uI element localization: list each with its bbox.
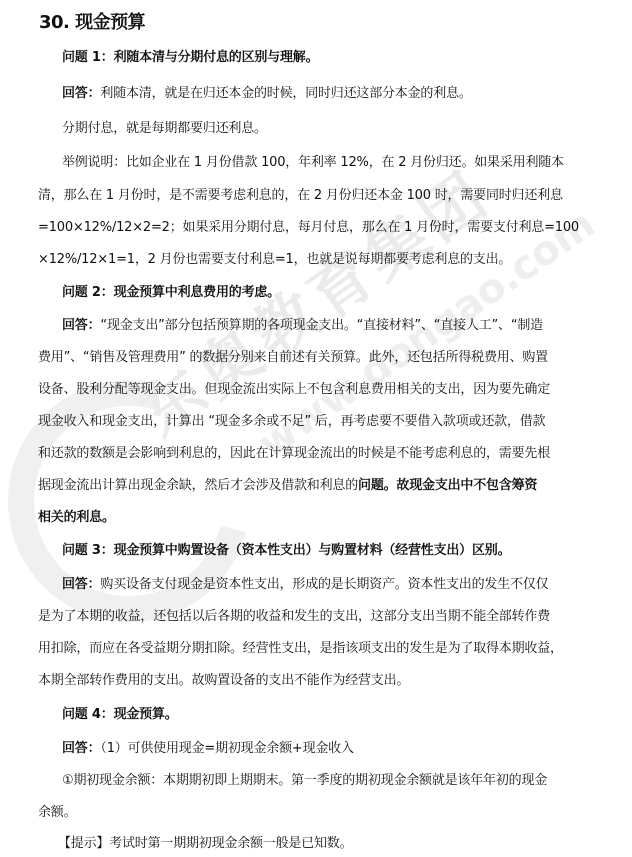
q1-paragraph-2: 分期付息，就是每期都要归还利息。: [62, 119, 622, 139]
question-2-heading: 问题 2：现金预算中利息费用的考虑。: [62, 283, 622, 303]
question-1-answer: 回答：利随本清，就是在归还本金的时候，同时归还这部分本金的利息。: [62, 84, 622, 104]
document-content: 30. 现金预算 问题 1：利随本清与分期付息的区别与理解。 回答：利随本清，就…: [0, 0, 632, 857]
question-1-heading: 问题 1：利随本清与分期付息的区别与理解。: [62, 48, 622, 68]
answer-label: 回答：: [62, 318, 100, 333]
q2-line-5: 和还款的数额是会影响到利息的，因此在计算现金流出的时候是不能考虑利息的，需要先根: [38, 444, 598, 464]
q2-line-2: 费用”、“销售及管理费用” 的数据分别来自前述有关预算。此外，还包括所得税费用、…: [38, 348, 598, 368]
answer-label: 回答：: [62, 577, 100, 592]
q2-line-3: 设备、股利分配等现金支出。但现金流出实际上不包含利息费用相关的支出，因为要先确定: [38, 380, 598, 400]
q2-line-6: 据现金流出计算出现金余缺，然后才会涉及借款和利息的问题。故现金支出中不包含筹资: [38, 476, 598, 496]
q2-line-7: 相关的利息。: [38, 508, 598, 528]
answer-text: （1）可供使用现金=期初现金余额+现金收入: [100, 741, 353, 756]
question-2-answer: 回答：“现金支出”部分包括预算期的各项现金支出。“直接材料”、“直接人工”、“制…: [62, 316, 622, 336]
answer-text: “现金支出”部分包括预算期的各项现金支出。“直接材料”、“直接人工”、“制造: [100, 318, 543, 333]
question-4-heading: 问题 4：现金预算。: [62, 705, 622, 725]
question-4-answer: 回答：（1）可供使用现金=期初现金余额+现金收入: [62, 739, 622, 759]
q3-line-3: 用扣除，而应在各受益期分期扣除。经营性支出，是指该项支出的发生是为了取得本期收益…: [38, 639, 598, 659]
q1-example-line-3: =100×12%/12×2=2；如果采用分期付息，每月付息，那么在 1 月份时，…: [38, 218, 598, 238]
q2-line-6-bold: 问题。故现金支出中不包含筹资: [358, 478, 537, 493]
answer-label: 回答：: [62, 741, 100, 756]
q2-line-4: 现金收入和现金支出，计算出 “现金多余或不足” 后，再考虑要不要借入款项或还款，…: [38, 412, 598, 432]
q2-line-6-normal: 据现金流出计算出现金余缺，然后才会涉及借款和利息的: [38, 478, 358, 493]
answer-text: 利随本清，就是在归还本金的时候，同时归还这部分本金的利息。: [100, 86, 471, 101]
q4-item-1-line-1: ①期初现金余额：本期期初即上期期末。第一季度的期初现金余额就是该年年初的现金: [62, 771, 622, 791]
q4-tip: 【提示】考试时第一期期初现金余额一般是已知数。: [58, 834, 618, 854]
q1-example-line-2: 清，那么在 1 月份时，是不需要考虑利息的，在 2 月份归还本金 100 时，需…: [38, 186, 598, 206]
q1-example-line-4: ×12%/12×1=1，2 月份也需要支付利息=1，也就是说每期都要考虑利息的支…: [38, 250, 598, 270]
document-page: 东奥教育集团 www.dongao.com 30. 现金预算 问题 1：利随本清…: [0, 0, 632, 857]
q4-item-1-line-2: 余额。: [38, 803, 598, 823]
q3-line-2: 是为了本期的收益，还包括以后各期的收益和发生的支出，这部分支出当期不能全部转作费: [38, 607, 598, 627]
q1-example-line-1: 举例说明：比如企业在 1 月份借款 100，年利率 12%，在 2 月份归还。如…: [62, 153, 622, 173]
question-3-heading: 问题 3：现金预算中购置设备（资本性支出）与购置材料（经营性支出）区别。: [62, 541, 622, 561]
q3-line-4: 本期全部转作费用的支出。故购置设备的支出不能作为经营支出。: [38, 671, 598, 691]
question-3-answer: 回答：购买设备支付现金是资本性支出，形成的是长期资产。资本性支出的发生不仅仅: [62, 575, 622, 595]
answer-text: 购买设备支付现金是资本性支出，形成的是长期资产。资本性支出的发生不仅仅: [100, 577, 548, 592]
section-title: 30. 现金预算: [39, 8, 145, 34]
answer-label: 回答：: [62, 86, 100, 101]
